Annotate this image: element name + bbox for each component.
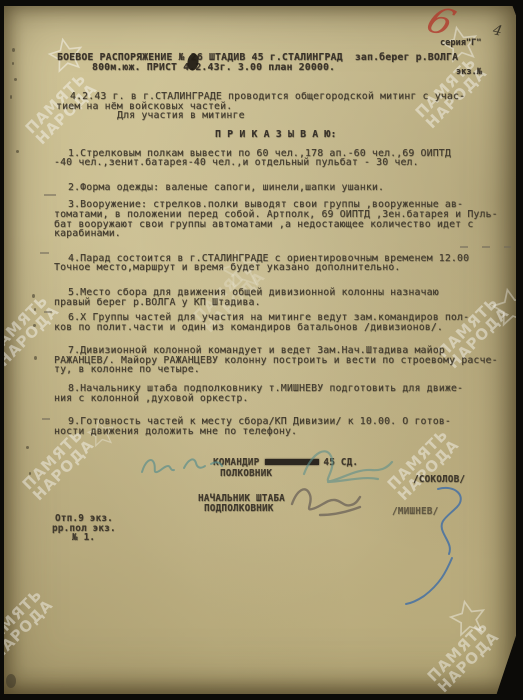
order-item-2: 2.Форма одежды: валеные сапоги, шинели,ш… (40, 183, 510, 193)
archive-watermark: ПАМЯТЬНАРОДА (20, 427, 97, 504)
struck-out-text (265, 459, 319, 465)
archive-watermark: ПАМЯТЬНАРОДА (4, 587, 56, 664)
chief-name: /МИШНЕВ/ (392, 507, 438, 517)
order-item-3: 3.Вооружение: стрелков.полки выводят сво… (40, 200, 510, 238)
pencil-mark (42, 418, 50, 420)
order-items: 1.Стрелковым полкам вывести по 60 чел.,1… (40, 149, 510, 437)
watermark-line: ПАМЯТЬ (4, 587, 45, 653)
paper-speck (34, 356, 37, 360)
handwritten-copy-number: 4 (491, 22, 503, 40)
chief-rank: ПОДПОЛКОВНИК (204, 504, 274, 514)
order-item-8: 8.Начальнику штаба подполковнику т.МИШНЕ… (40, 384, 510, 403)
order-item-line: карабинами. (54, 229, 510, 239)
order-item-9: 9.Готовность частей к месту сбора/КП Див… (40, 417, 510, 436)
order-item-line: Точное место,маршрут и время будет указа… (54, 263, 510, 273)
order-item-line: правый берег р.ВОЛГА у КП Штадива. (54, 298, 510, 308)
order-item-1: 1.Стрелковым полкам вывести по 60 чел.,1… (40, 149, 510, 168)
handwritten-note (142, 459, 222, 472)
star-icon (444, 594, 491, 641)
order-item-line: ния с колонной ,духовой оркестр. (54, 394, 510, 404)
order-item-4: 4.Парад состоится в г.СТАЛИНГРАДЕ с орие… (40, 254, 510, 273)
order-item-line: бат вооружают свои группы автоматами ,а … (54, 220, 510, 230)
commander-rank: ПОЛКОВНИК (220, 469, 272, 479)
pencil-mark (482, 246, 490, 248)
pencil-mark (40, 252, 49, 254)
order-item-line: -40 чел.,зенит.батарея-40 чел.,и отдельн… (54, 158, 510, 168)
document-page: ПАМЯТЬНАРОДА ПАМЯТЬНАРОДА ПАМЯТЬНАРОДА П… (4, 6, 516, 694)
handwritten-signature (292, 489, 360, 515)
watermark-line: НАРОДА (4, 597, 56, 663)
paper-speck (14, 78, 17, 81)
screenshot-root: { "watermark": { "line1": "ПАМЯТЬ", "lin… (0, 0, 523, 700)
order-item-7: 7.Дивизионной колонной командует и ведет… (40, 346, 510, 375)
pencil-mark (504, 246, 511, 248)
paper-speck (10, 95, 12, 99)
pencil-mark (44, 311, 52, 313)
watermark-line: НАРОДА (396, 437, 462, 503)
order-item-6: 6.Х Группы частей для участия на митинге… (40, 313, 510, 332)
watermark-line: ПАМЯТЬ (425, 619, 491, 685)
paper-speck (12, 48, 15, 52)
watermark-line: НАРОДА (436, 629, 502, 694)
pencil-mark (460, 246, 468, 248)
paper-speck (33, 324, 36, 327)
order-intro: 4.2.43 г. в г.СТАЛИНГРАДЕ проводится общ… (40, 92, 510, 121)
order-item-line: ности движения доложить мне по телефону. (54, 427, 510, 437)
archive-watermark: ПАМЯТЬНАРОДА (425, 619, 502, 694)
order-item-line: ков по полит.части и один из командиров … (54, 323, 510, 333)
footer-copies-line: № 1. (72, 533, 95, 543)
order-text: БОЕВОЕ РАСПОРЯЖЕНИЕ № 26 ШТАДИВ 45 г.СТА… (40, 53, 510, 436)
stamp-series: серия"Г" (440, 39, 482, 49)
paper-speck (29, 472, 31, 475)
paper-speck (6, 674, 16, 688)
paper-speck (34, 308, 36, 311)
paper-speck (26, 446, 29, 449)
order-item-5: 5.Место сбора для движения общей дивизио… (40, 288, 510, 307)
paper-speck (16, 150, 19, 153)
paper-speck (12, 62, 14, 65)
commander-line: КОМАНДИР45 СД. (213, 458, 358, 468)
watermark-line: НАРОДА (31, 437, 97, 503)
archive-watermark: ПАМЯТЬНАРОДА (385, 427, 462, 504)
order-header-line2: 800м.юж. ПРИСТ 4.2.43г. 3.00 план 20000. (92, 63, 510, 73)
commander-title: КОМАНДИР (213, 457, 259, 468)
order-item-line: ту, в колонне по четыре. (54, 365, 510, 375)
pencil-mark (44, 194, 56, 196)
order-heading: П Р И К А З Ы В А Ю: (215, 130, 510, 140)
intro-line: Для участия в митинге (117, 111, 510, 121)
commander-unit: 45 СД. (323, 457, 358, 468)
commander-name: /СОКОЛОВ/ (413, 475, 465, 485)
order-item-line: 2.Форма одежды: валеные сапоги, шинели,ш… (68, 183, 510, 193)
paper-speck (32, 294, 35, 298)
